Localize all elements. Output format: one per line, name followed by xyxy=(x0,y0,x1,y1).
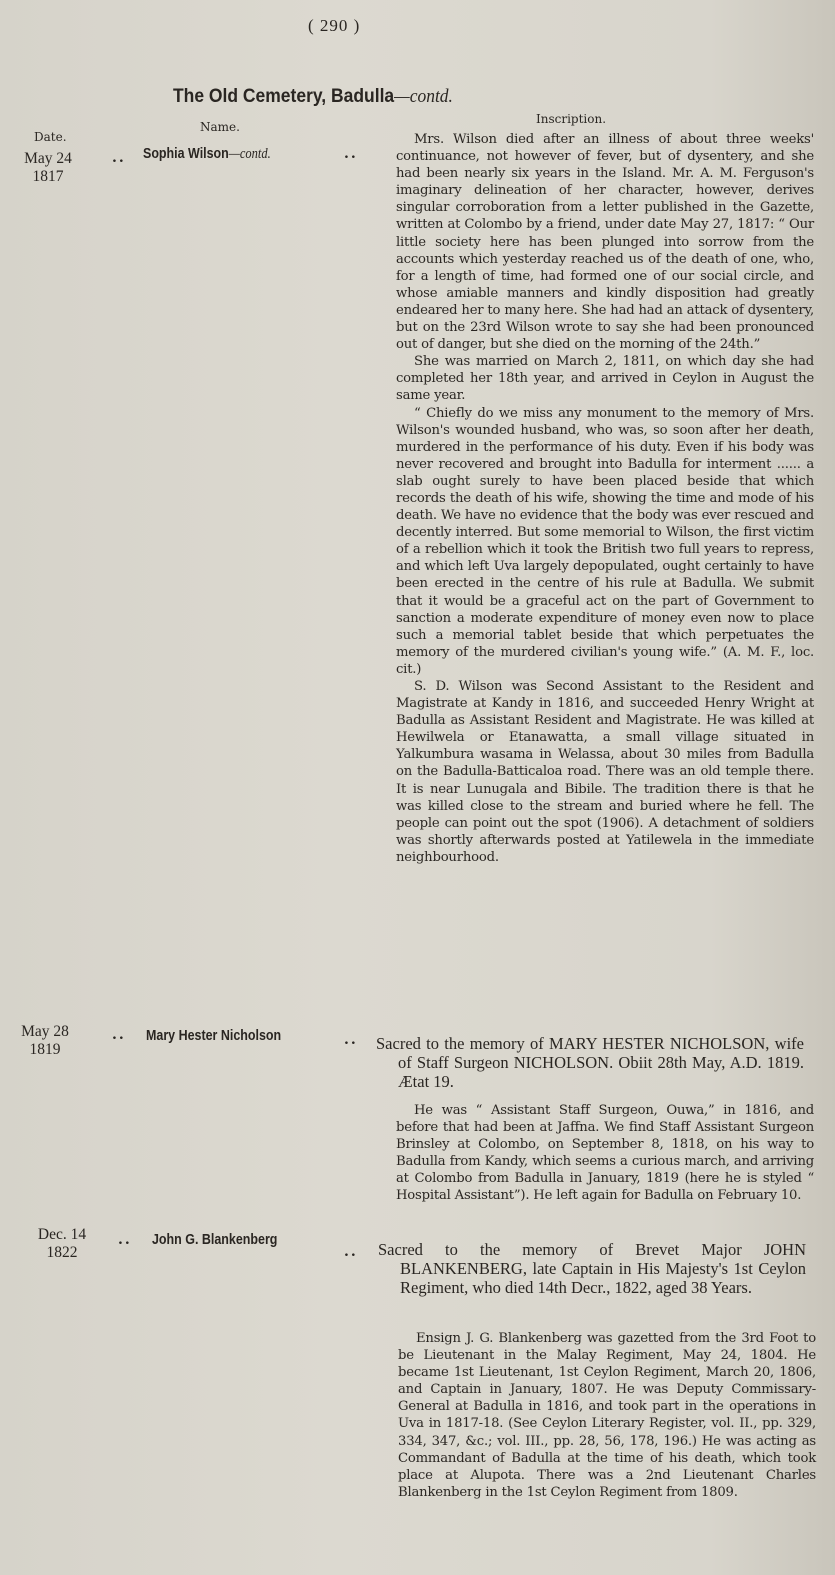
page-title: The Old Cemetery, Badulla—contd. xyxy=(173,86,453,108)
column-header-name: Name. xyxy=(200,120,240,134)
leader-dots: .. xyxy=(344,1244,358,1260)
leader-dots: .. xyxy=(344,146,358,162)
leader-dots: .. xyxy=(112,1027,126,1043)
inscription-text: Sacred to the memory of Brevet Major JOH… xyxy=(378,1240,806,1297)
paragraph: S. D. Wilson was Second Assistant to the… xyxy=(396,678,814,866)
leader-dots: .. xyxy=(112,150,126,166)
page-number: ( 290 ) xyxy=(308,16,360,36)
entry-date: Dec. 14 1822 xyxy=(27,1226,97,1262)
inscription-line: Sacred to the memory of Brevet Major JOH… xyxy=(378,1240,806,1297)
paragraph: Ensign J. G. Blankenberg was gazetted fr… xyxy=(398,1330,816,1501)
date-day: May 28 xyxy=(10,1023,80,1041)
paragraph: He was “ Assistant Staff Surgeon, Ouwa,”… xyxy=(396,1102,814,1205)
date-year: 1817 xyxy=(13,168,83,186)
leader-dots: .. xyxy=(118,1232,132,1248)
inscription-line: Sacred to the memory of MARY HESTER NICH… xyxy=(376,1034,804,1091)
entry-date: May 24 1817 xyxy=(13,150,83,186)
date-year: 1819 xyxy=(10,1041,80,1059)
leader-dots: .. xyxy=(344,1032,358,1048)
date-year: 1822 xyxy=(27,1244,97,1262)
column-header-date: Date. xyxy=(34,130,67,144)
name-text: Sophia Wilson xyxy=(143,146,229,162)
inscription-body: Mrs. Wilson died after an illness of abo… xyxy=(396,131,814,866)
inscription-text: Sacred to the memory of MARY HESTER NICH… xyxy=(376,1034,804,1091)
inscription-body: Ensign J. G. Blankenberg was gazetted fr… xyxy=(398,1330,816,1501)
title-text: The Old Cemetery, Badulla xyxy=(173,86,394,107)
paragraph: She was married on March 2, 1811, on whi… xyxy=(396,353,814,404)
entry-name: John G. Blankenberg xyxy=(152,1232,277,1248)
inscription-body: He was “ Assistant Staff Surgeon, Ouwa,”… xyxy=(396,1102,814,1205)
entry-name: Sophia Wilson—contd. xyxy=(143,146,271,163)
paragraph: “ Chiefly do we miss any monument to the… xyxy=(396,405,814,679)
name-suffix: —contd. xyxy=(229,146,271,162)
entry-date: May 28 1819 xyxy=(10,1023,80,1059)
date-day: May 24 xyxy=(13,150,83,168)
date-day: Dec. 14 xyxy=(27,1226,97,1244)
paragraph: Mrs. Wilson died after an illness of abo… xyxy=(396,131,814,353)
entry-name: Mary Hester Nicholson xyxy=(146,1028,281,1044)
title-suffix: —contd. xyxy=(394,86,453,107)
column-header-inscription: Inscription. xyxy=(536,112,606,126)
